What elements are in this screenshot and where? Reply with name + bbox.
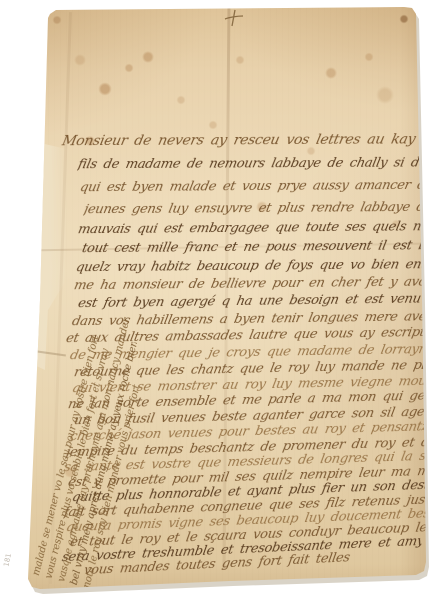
paper-fold-edge — [30, 350, 66, 357]
manuscript-line: Monsieur de nevers ay resceu vos lettres… — [60, 131, 432, 152]
letter-paper: ij Monsieur de nevers ay resceu vos lett… — [0, 0, 434, 600]
manuscript-line: fils de madame de nemours labbaye de cha… — [76, 154, 432, 175]
manuscript-line: qui est byen malade et vous prye aussy a… — [78, 177, 430, 198]
manuscript-line: jeunes gens luy ensuyvre et plus rendre … — [82, 199, 430, 220]
edge-pencil-mark: 181 — [2, 553, 13, 568]
corner-pencil-mark: ij — [18, 19, 28, 31]
photo-backdrop: ij Monsieur de nevers ay resceu vos lett… — [0, 0, 434, 600]
paper-fold-flap — [26, 140, 68, 370]
cross-mark-icon — [222, 8, 246, 28]
